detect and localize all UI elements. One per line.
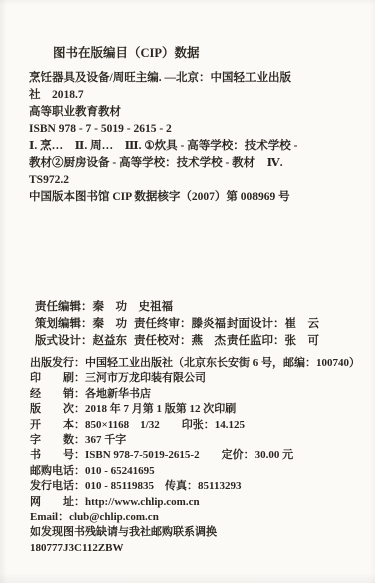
cip-isbn: ISBN 978 - 7 - 5019 - 2615 - 2 [29, 121, 361, 138]
cip-title-continuation: 社 2018.7 [29, 87, 361, 104]
cip-title-line: 烹饪器具及设备/周旺主编. —北京：中国轻工业出版 [29, 70, 361, 87]
credit-role-label: 责任编辑： [35, 301, 93, 313]
credits-row: 责任编辑：秦 功 史祖福 [35, 299, 367, 316]
cip-block: 图书在版编目（CIP）数据 烹饪器具及设备/周旺主编. —北京：中国轻工业出版 … [29, 46, 361, 206]
credit-cell: 责任校对：燕 杰 [134, 333, 227, 350]
publication-row: 印 刷：三河市万龙印装有限公司 [30, 371, 369, 386]
credit-cell: 版式设计：赵益东 [35, 333, 134, 350]
credits-block: 责任编辑：秦 功 史祖福 策划编辑：秦 功 责任终审：滕炎福 封面设计：崔 云 … [35, 299, 367, 350]
credit-role-label: 责任终审： [134, 318, 192, 330]
credit-cell: 责任编辑：秦 功 史祖福 [35, 299, 173, 316]
credit-person-name: 燕 杰 [192, 335, 227, 347]
credit-cell: 策划编辑：秦 功 [35, 316, 134, 333]
publication-row: 发行电话：010 - 85119835 传真：85113293 [30, 479, 369, 494]
publication-value: club@chlip.com.cn [69, 511, 159, 523]
publication-label: 发行电话： [30, 480, 85, 492]
publication-value: ISBN 978-7-5019-2615-2 定价：30.00 元 [85, 449, 293, 461]
credit-role-label: 策划编辑： [35, 318, 93, 330]
publication-label: 书 号： [30, 449, 85, 461]
publication-value: 中国轻工业出版社（北京东长安街 6 号，邮编：100740） [85, 357, 360, 369]
credit-cell: 封面设计：崔 云 [227, 316, 319, 333]
copyright-page: 图书在版编目（CIP）数据 烹饪器具及设备/周旺主编. —北京：中国轻工业出版 … [0, 0, 375, 583]
damaged-book-note: 如发现图书残缺请与我社邮购联系调换 [30, 525, 369, 540]
publication-label: 出版发行： [30, 357, 85, 369]
print-code: 180777J3C112ZBW [30, 541, 369, 556]
cip-classification-line-3: TS972.2 [29, 172, 361, 189]
cip-record-number: 中国版本图书馆 CIP 数据核字（2007）第 008969 号 [29, 189, 361, 206]
credit-person-name: 张 可 [285, 335, 320, 347]
credit-role-label: 版式设计： [35, 335, 93, 347]
credit-person-name: 秦 功 史祖福 [93, 301, 174, 313]
publication-row: 开 本：850×1168 1/32 印张：14.125 [30, 418, 369, 433]
publication-value: 010 - 85119835 传真：85113293 [85, 480, 241, 492]
publication-label: 开 本： [30, 419, 85, 431]
publication-value: 三河市万龙印装有限公司 [85, 372, 206, 384]
cip-classification-line-1: Ⅰ. 烹… Ⅱ. 周… Ⅲ. ①炊具 - 高等学校：技术学校 - [29, 138, 361, 155]
publication-label: 版 次： [30, 403, 85, 415]
credit-person-name: 赵益东 [93, 335, 128, 347]
publication-row: 经 销：各地新华书店 [30, 387, 369, 402]
credit-role-label: 封面设计： [227, 318, 285, 330]
publication-row: 字 数：367 千字 [30, 433, 369, 448]
cip-classification-line-2: 教材②厨房设备 - 高等学校：技术学校 - 教材 Ⅳ. [29, 155, 361, 172]
publication-label: 网 址： [30, 496, 85, 508]
publication-value: 367 千字 [85, 434, 126, 446]
credit-person-name: 崔 云 [285, 318, 320, 330]
publication-row: 网 址：http://www.chlip.com.cn [30, 495, 369, 510]
credit-role-label: 责任校对： [134, 335, 192, 347]
publication-value: 各地新华书店 [85, 388, 151, 400]
publication-row: Email：club@chlip.com.cn [30, 510, 369, 525]
publication-row: 出版发行：中国轻工业出版社（北京东长安街 6 号，邮编：100740） [30, 356, 369, 371]
credit-role-label: 责任监印： [227, 335, 285, 347]
publication-row: 版 次：2018 年 7 月第 1 版第 12 次印刷 [30, 402, 369, 417]
cip-series: 高等职业教育教材 [29, 104, 361, 121]
publication-block: 出版发行：中国轻工业出版社（北京东长安街 6 号，邮编：100740） 印 刷：… [30, 356, 369, 556]
credit-person-name: 秦 功 [93, 318, 128, 330]
publication-row: 书 号：ISBN 978-7-5019-2615-2 定价：30.00 元 [30, 448, 369, 463]
publication-label: 字 数： [30, 434, 85, 446]
publication-label: 印 刷： [30, 372, 85, 384]
publication-label: 邮购电话： [30, 465, 85, 477]
credit-cell: 责任终审：滕炎福 [134, 316, 227, 333]
publication-label: Email： [30, 511, 69, 523]
credits-row: 版式设计：赵益东 责任校对：燕 杰 责任监印：张 可 [35, 333, 367, 350]
publication-value: 850×1168 1/32 印张：14.125 [85, 419, 245, 431]
publication-label: 经 销： [30, 388, 85, 400]
publication-value: 2018 年 7 月第 1 版第 12 次印刷 [85, 403, 236, 415]
credit-person-name: 滕炎福 [192, 318, 227, 330]
publication-value: 010 - 65241695 [85, 465, 155, 477]
publication-row: 邮购电话：010 - 65241695 [30, 464, 369, 479]
cip-header: 图书在版编目（CIP）数据 [53, 46, 361, 61]
publication-value: http://www.chlip.com.cn [85, 496, 200, 508]
credit-cell: 责任监印：张 可 [227, 333, 319, 350]
credits-row: 策划编辑：秦 功 责任终审：滕炎福 封面设计：崔 云 [35, 316, 367, 333]
